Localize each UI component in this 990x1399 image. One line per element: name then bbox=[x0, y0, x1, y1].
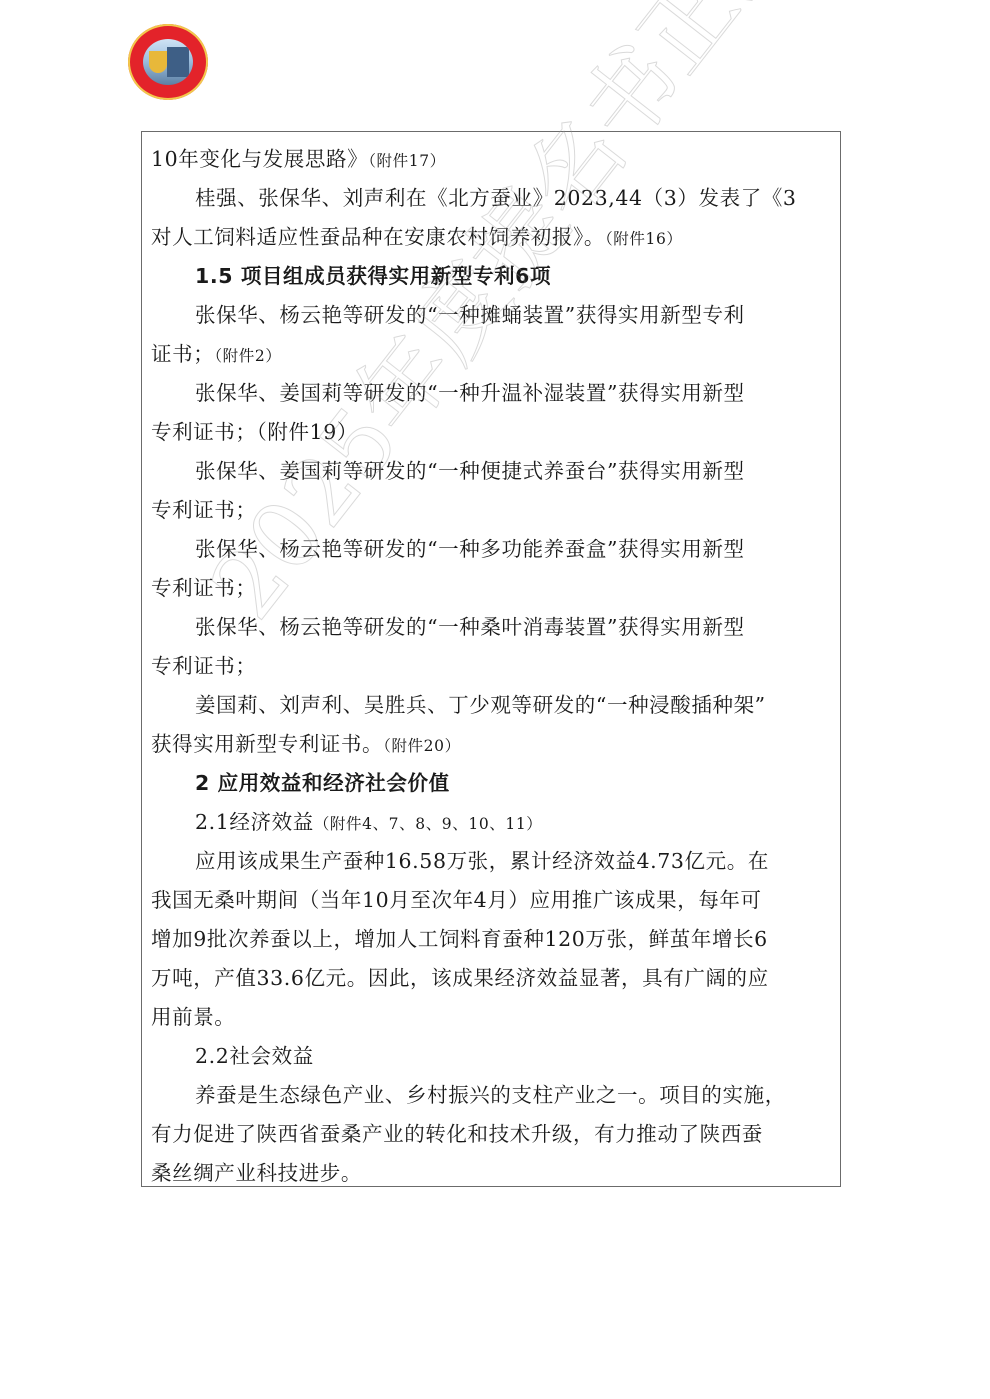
line-text: 1.5 项目组成员获得实用新型专利6项 bbox=[195, 264, 551, 288]
text-line: 张保华、杨云艳等研发的“一种多功能养蚕盒”获得实用新型 bbox=[151, 530, 835, 569]
line-text: 万吨，产值33.6亿元。因此，该成果经济效益显著，具有广阔的应 bbox=[151, 966, 769, 990]
line-text: 专利证书；（附件19） bbox=[151, 420, 358, 444]
text-line: 桂强、张保华、刘声利在《北方蚕业》2023,44（3）发表了《3 bbox=[151, 179, 835, 218]
line-text: 应用该成果生产蚕种16.58万张，累计经济效益4.73亿元。在 bbox=[195, 849, 769, 873]
text-line: 万吨，产值33.6亿元。因此，该成果经济效益显著，具有广阔的应 bbox=[151, 959, 835, 998]
line-text: 张保华、姜国莉等研发的“一种便捷式养蚕台”获得实用新型 bbox=[195, 459, 745, 483]
text-line: 专利证书； bbox=[151, 569, 835, 608]
line-text: 增加9批次养蚕以上，增加人工饲料育蚕种120万张，鲜茧年增长6 bbox=[151, 927, 768, 951]
text-line: 张保华、姜国莉等研发的“一种便捷式养蚕台”获得实用新型 bbox=[151, 452, 835, 491]
line-text: 有力促进了陕西省蚕桑产业的转化和技术升级，有力推动了陕西蚕 bbox=[151, 1122, 763, 1146]
line-text: 桑丝绸产业科技进步。 bbox=[151, 1161, 362, 1185]
attachment-note: （附件2） bbox=[214, 347, 281, 365]
building-icon bbox=[167, 47, 189, 77]
line-text: 张保华、杨云艳等研发的“一种桑叶消毒装置”获得实用新型 bbox=[195, 615, 745, 639]
line-text: 张保华、杨云艳等研发的“一种多功能养蚕盒”获得实用新型 bbox=[195, 537, 745, 561]
text-line: 桑丝绸产业科技进步。 bbox=[151, 1154, 835, 1193]
line-text: 姜国莉、刘声利、吴胜兵、丁少观等研发的“一种浸酸插种架” bbox=[195, 693, 766, 717]
text-line: 2.1经济效益（附件4、7、8、9、10、11） bbox=[151, 803, 835, 842]
attachment-note: （附件20） bbox=[383, 737, 461, 755]
text-line: 张保华、杨云艳等研发的“一种桑叶消毒装置”获得实用新型 bbox=[151, 608, 835, 647]
text-line: 养蚕是生态绿色产业、乡村振兴的支柱产业之一。项目的实施， bbox=[151, 1076, 835, 1115]
text-line: 证书；（附件2） bbox=[151, 335, 835, 374]
section-heading: 1.5 项目组成员获得实用新型专利6项 bbox=[151, 257, 835, 296]
section-heading: 2 应用效益和经济社会价值 bbox=[151, 764, 835, 803]
trophy-icon bbox=[149, 51, 167, 73]
text-line: 用前景。 bbox=[151, 998, 835, 1037]
line-text: 证书； bbox=[151, 342, 214, 366]
line-text: 桂强、张保华、刘声利在《北方蚕业》2023,44（3）发表了《3 bbox=[195, 186, 797, 210]
line-text: 获得实用新型专利证书。 bbox=[151, 732, 383, 756]
line-text: 张保华、姜国莉等研发的“一种升温补湿装置”获得实用新型 bbox=[195, 381, 745, 405]
line-text: 张保华、杨云艳等研发的“一种摊蛹装置”获得实用新型专利 bbox=[195, 303, 745, 327]
line-text: 2.2社会效益 bbox=[195, 1044, 314, 1068]
text-line: 专利证书；（附件19） bbox=[151, 413, 835, 452]
text-line: 获得实用新型专利证书。（附件20） bbox=[151, 725, 835, 764]
provincial-seal-logo-icon bbox=[128, 24, 208, 100]
line-text: 专利证书； bbox=[151, 498, 257, 522]
attachment-note: （附件16） bbox=[605, 230, 683, 248]
line-text: 养蚕是生态绿色产业、乡村振兴的支柱产业之一。项目的实施， bbox=[195, 1083, 786, 1107]
line-text: 我国无桑叶期间（当年10月至次年4月）应用推广该成果，每年可 bbox=[151, 888, 762, 912]
text-line: 2.2社会效益 bbox=[151, 1037, 835, 1076]
line-text: 2.1经济效益 bbox=[195, 810, 314, 834]
line-text: 2 应用效益和经济社会价值 bbox=[195, 771, 450, 795]
line-text: 专利证书； bbox=[151, 654, 257, 678]
text-line: 有力促进了陕西省蚕桑产业的转化和技术升级，有力推动了陕西蚕 bbox=[151, 1115, 835, 1154]
text-line: 张保华、姜国莉等研发的“一种升温补湿装置”获得实用新型 bbox=[151, 374, 835, 413]
text-line: 应用该成果生产蚕种16.58万张，累计经济效益4.73亿元。在 bbox=[151, 842, 835, 881]
attachment-note: （附件17） bbox=[368, 152, 446, 170]
attachment-note: （附件4、7、8、9、10、11） bbox=[314, 815, 543, 833]
seal-emblem bbox=[143, 39, 193, 85]
text-line: 专利证书； bbox=[151, 491, 835, 530]
text-line: 我国无桑叶期间（当年10月至次年4月）应用推广该成果，每年可 bbox=[151, 881, 835, 920]
text-line: 专利证书； bbox=[151, 647, 835, 686]
text-line: 10年变化与发展思路》（附件17） bbox=[151, 140, 835, 179]
line-text: 对人工饲料适应性蚕品种在安康农村饲养初报》。 bbox=[151, 225, 605, 249]
text-line: 张保华、杨云艳等研发的“一种摊蛹装置”获得实用新型专利 bbox=[151, 296, 835, 335]
line-text: 用前景。 bbox=[151, 1005, 235, 1029]
text-line: 增加9批次养蚕以上，增加人工饲料育蚕种120万张，鲜茧年增长6 bbox=[151, 920, 835, 959]
line-text: 专利证书； bbox=[151, 576, 257, 600]
line-text: 10年变化与发展思路》 bbox=[151, 147, 368, 171]
document-body: 10年变化与发展思路》（附件17）桂强、张保华、刘声利在《北方蚕业》2023,4… bbox=[151, 140, 835, 1193]
text-line: 姜国莉、刘声利、吴胜兵、丁少观等研发的“一种浸酸插种架” bbox=[151, 686, 835, 725]
text-line: 对人工饲料适应性蚕品种在安康农村饲养初报》。（附件16） bbox=[151, 218, 835, 257]
